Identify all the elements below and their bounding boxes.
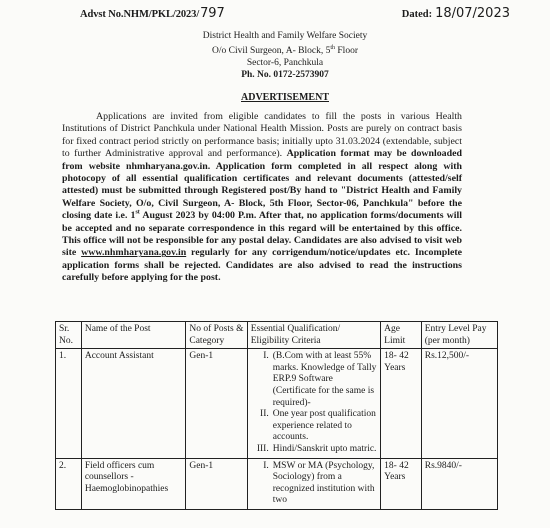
cell-post-name: Field officers cum counsellors - Haemogl…: [81, 458, 186, 509]
criterion: III.Hindi/Sanskrit upto matric.: [251, 444, 377, 456]
cell-age: 18- 42 Years: [381, 458, 422, 509]
header-age-limit: Age Limit: [381, 322, 422, 349]
org-phone: Ph. No. 0172-2573907: [20, 69, 550, 81]
org-address-line2: Sector-6, Panchkula: [20, 57, 550, 69]
cell-posts: Gen-1: [186, 349, 247, 458]
criterion: I.(B.Com with at least 55% marks. Knowle…: [251, 351, 377, 409]
criterion: II.One year post qualification experienc…: [251, 409, 377, 444]
header-post-name: Name of the Post: [81, 322, 186, 349]
organization-block: District Health and Family Welfare Socie…: [0, 30, 550, 81]
date: Dated:18/07/2023: [402, 6, 510, 21]
website-link[interactable]: www.nhmharyana.gov.in: [81, 247, 186, 258]
cell-posts: Gen-1: [186, 458, 247, 509]
page-title: ADVERTISEMENT: [0, 92, 550, 103]
criterion: I.MSW or MA (Psychology, Sociology) from…: [251, 461, 377, 507]
cell-sr: 1.: [56, 349, 82, 458]
dated-handwritten: 18/07/2023: [435, 6, 510, 21]
advt-handwritten-number: 797: [200, 6, 225, 21]
header-sr-no: Sr. No.: [56, 322, 82, 349]
cell-sr: 2.: [56, 458, 82, 509]
header-line: Advst No.NHM/PKL/2023/797 Dated:18/07/20…: [80, 6, 510, 26]
org-address-line1: O/o Civil Surgeon, A- Block, 5th Floor: [20, 42, 550, 57]
header-qualification: Essential Qualification/ Eligibility Cri…: [247, 322, 380, 349]
cell-criteria: I.(B.Com with at least 55% marks. Knowle…: [247, 349, 380, 458]
advertisement-body: Applications are invited from eligible c…: [62, 111, 462, 285]
cell-age: 18- 42 Years: [381, 349, 422, 458]
dated-label: Dated:: [402, 9, 432, 20]
cell-criteria: I.MSW or MA (Psychology, Sociology) from…: [247, 458, 380, 509]
advertisement-number: Advst No.NHM/PKL/2023/797: [80, 6, 225, 21]
org-name: District Health and Family Welfare Socie…: [20, 30, 550, 42]
table-row: 2. Field officers cum counsellors - Haem…: [56, 458, 498, 509]
header-no-of-posts: No of Posts & Category: [186, 322, 247, 349]
table-row: 1. Account Assistant Gen-1 I.(B.Com with…: [56, 349, 498, 458]
cell-pay: Rs.12,500/-: [421, 349, 497, 458]
advertisement-page: Advst No.NHM/PKL/2023/797 Dated:18/07/20…: [0, 0, 550, 528]
advt-label: Advst No.NHM/PKL/2023/: [80, 9, 199, 20]
cell-pay: Rs.9840/-: [421, 458, 497, 509]
posts-table: Sr. No. Name of the Post No of Posts & C…: [55, 321, 498, 510]
table-header-row: Sr. No. Name of the Post No of Posts & C…: [56, 322, 498, 349]
cell-post-name: Account Assistant: [81, 349, 186, 458]
header-pay: Entry Level Pay (per month): [421, 322, 497, 349]
